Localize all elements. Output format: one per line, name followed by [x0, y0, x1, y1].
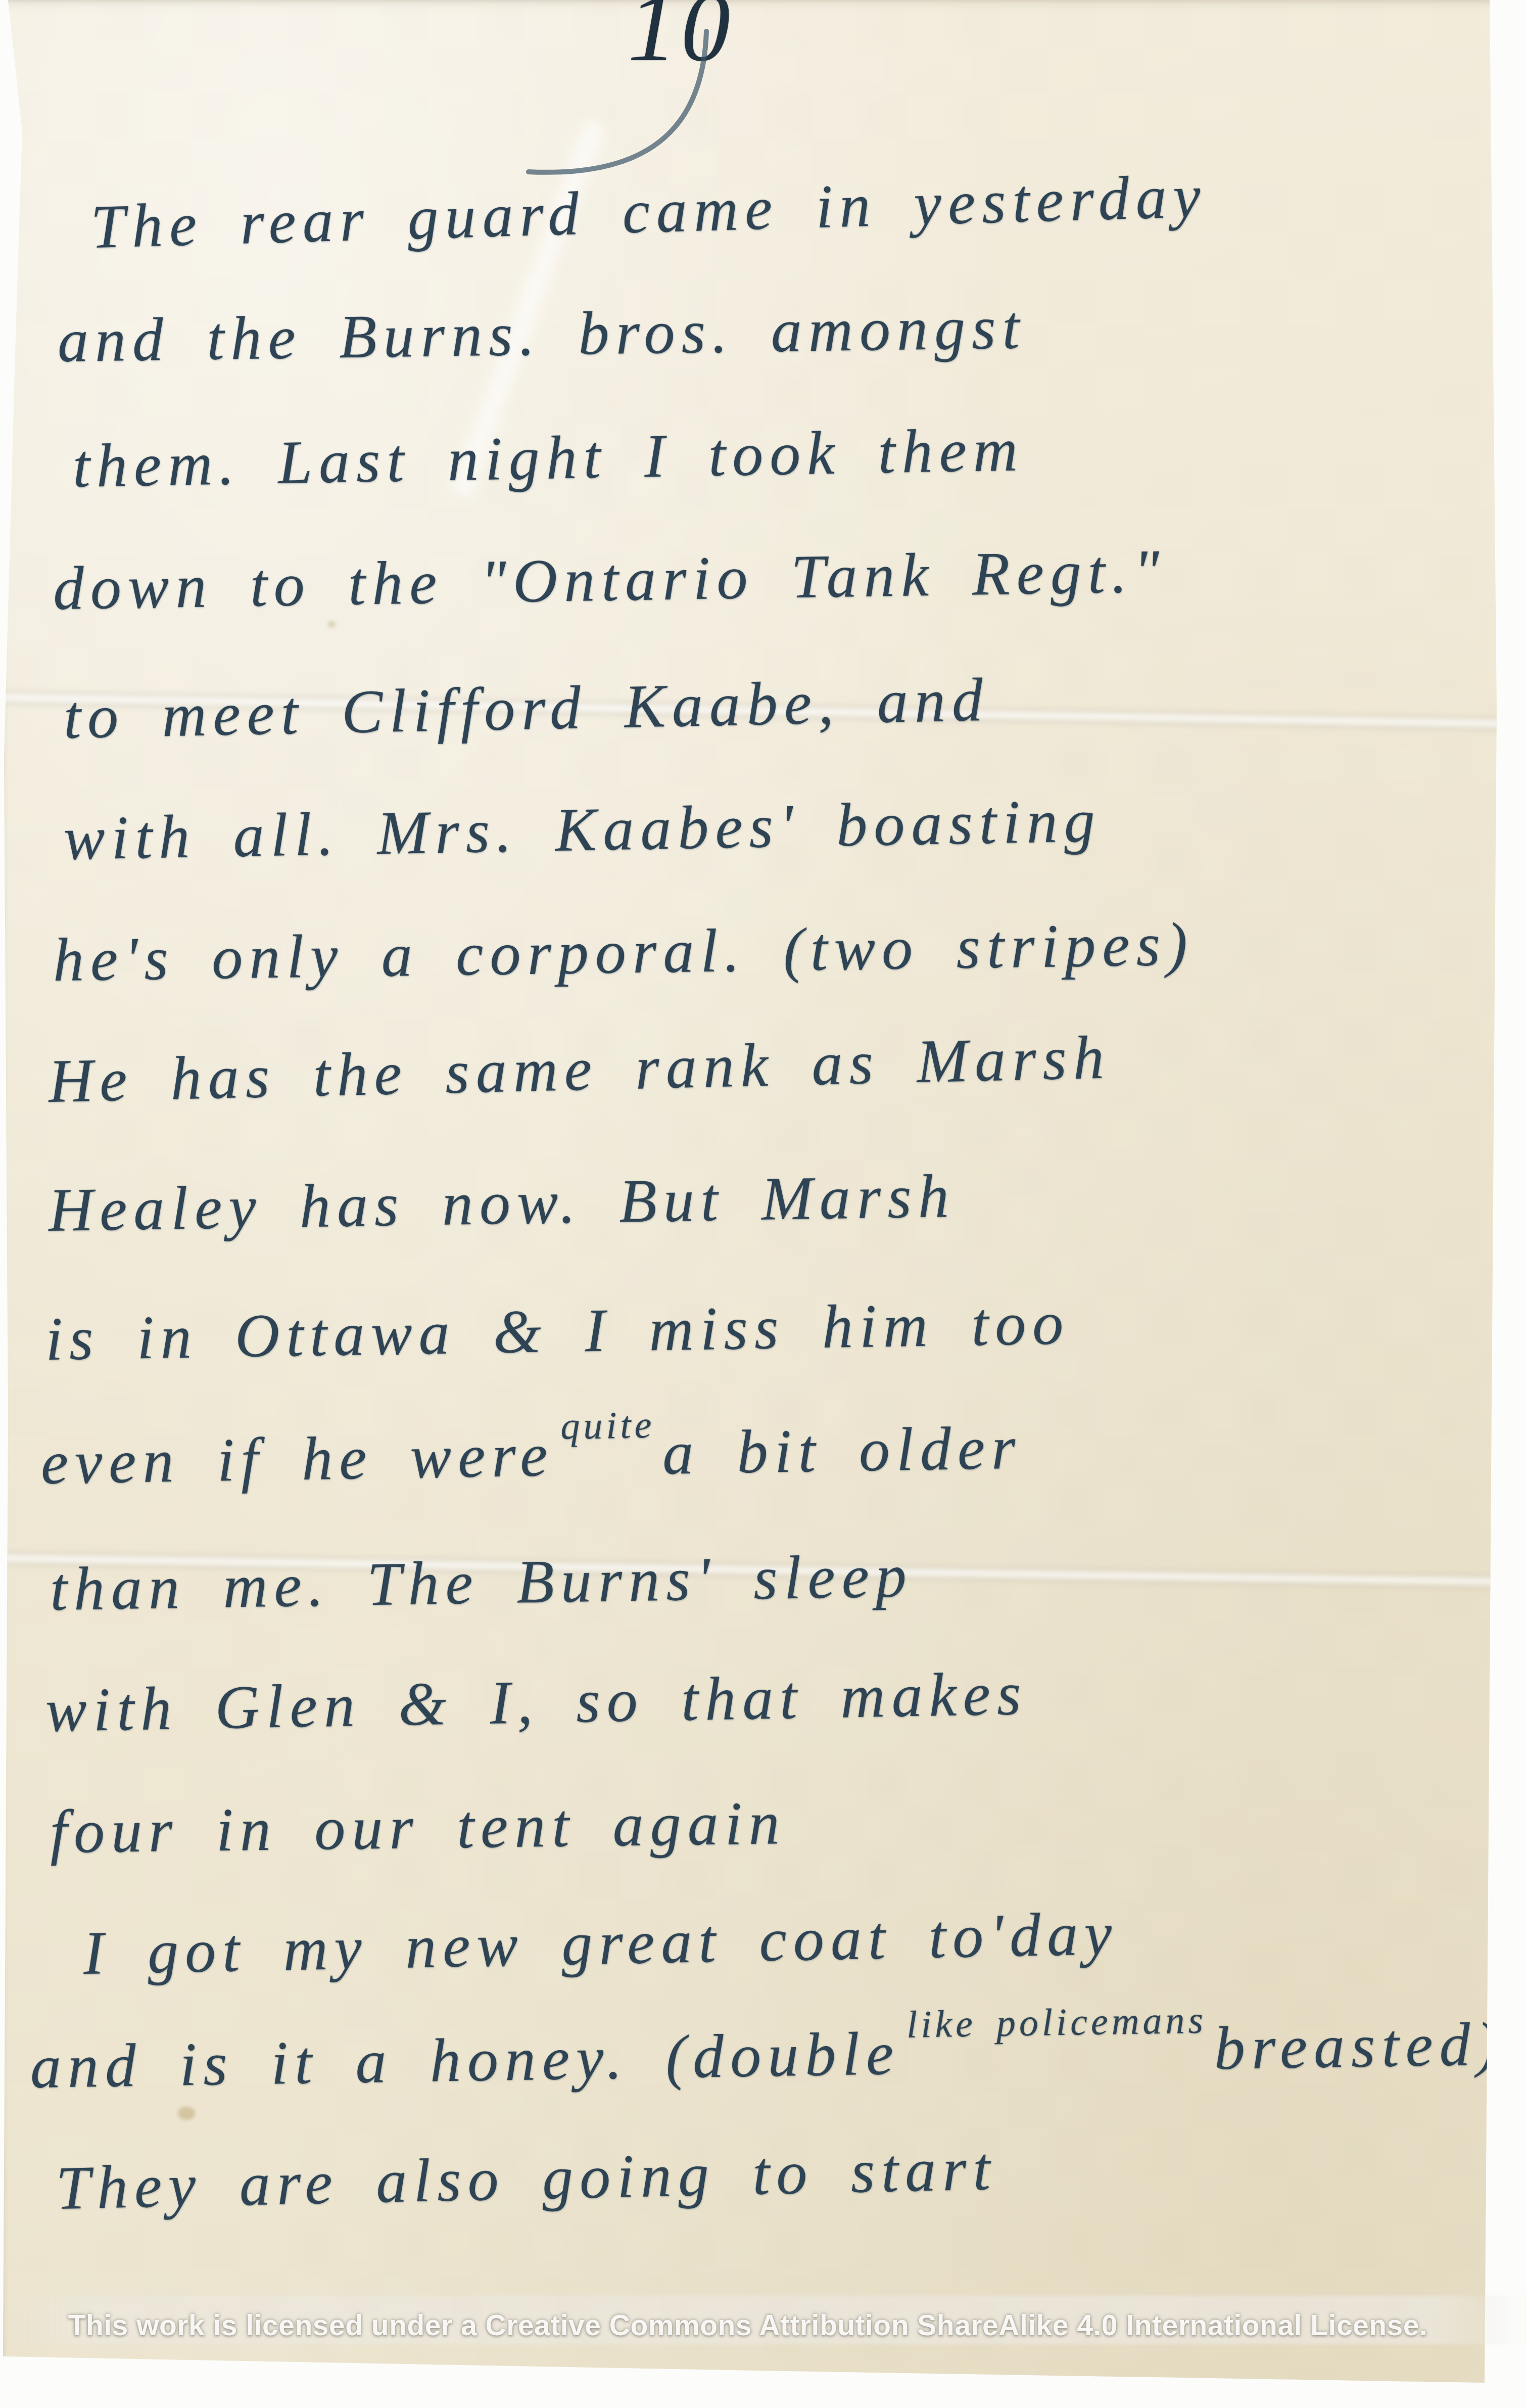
handwriting-line: I got my new great coat to'day: [83, 1896, 1119, 1992]
handwriting-text: a bit older: [662, 1414, 1022, 1488]
handwriting-text: than me. The Burns' sleep: [50, 1542, 914, 1624]
handwriting-line: with all. Mrs. Kaabes' boasting: [63, 783, 1102, 877]
handwriting-text: and is it a honey. (double: [30, 2019, 900, 2101]
handwriting-text: even if he were: [40, 1421, 555, 1497]
scanned-letter-page: { "document": { "page_number": "10", "li…: [0, 0, 1527, 2408]
handwriting-line: and the Burns. bros. amongst: [57, 290, 1026, 379]
handwriting-text: breasted): [1214, 2010, 1504, 2082]
handwriting-line: them. Last night I took them: [72, 412, 1025, 504]
letter-paper: 10 The rear guard came in yesterdayand t…: [0, 0, 1527, 2408]
handwriting-text: them. Last night I took them: [72, 415, 1025, 500]
handwriting-line: to meet Clifford Kaabe, and: [63, 662, 990, 756]
handwriting-text: with all. Mrs. Kaabes' boasting: [63, 786, 1102, 873]
handwriting-text: and the Burns. bros. amongst: [57, 293, 1026, 375]
handwriting-text: with Glen & I, so that makes: [45, 1659, 1028, 1745]
handwriting-line: four in our tent again: [50, 1785, 786, 1870]
inserted-word-above-line: quite: [560, 1387, 655, 1464]
handwriting-line: They are also going to start: [55, 2131, 997, 2227]
handwriting-text: he's only a corporal. (two stripes): [53, 910, 1194, 994]
handwriting-text: I got my new great coat to'day: [83, 1900, 1119, 1987]
handwriting-line: is in Ottawa & I miss him too: [45, 1285, 1071, 1377]
inserted-word-above-line: like policemans: [906, 1982, 1207, 2062]
handwriting-text: is in Ottawa & I miss him too: [45, 1289, 1070, 1373]
handwriting-line: He has the same rank as Marsh: [47, 1020, 1111, 1120]
handwriting-text: Healey has now. But Marsh: [48, 1162, 956, 1244]
handwriting-text: He has the same rank as Marsh: [47, 1023, 1111, 1116]
handwriting-line: than me. The Burns' sleep: [50, 1538, 914, 1628]
license-notice: This work is licensed under a Creative C…: [0, 2309, 1496, 2342]
handwriting-line: down to the "Ontario Tank Regt.": [53, 533, 1167, 627]
handwriting-line: Healey has now. But Marsh: [48, 1159, 956, 1248]
handwriting-line: with Glen & I, so that makes: [45, 1656, 1028, 1749]
handwriting-line: and is it a honey. (doublelike policeman…: [30, 2006, 1505, 2113]
handwriting-line: even if he werequitea bit older: [40, 1410, 1023, 1509]
handwriting-text: to meet Clifford Kaabe, and: [63, 666, 990, 752]
handwriting-line: he's only a corporal. (two stripes): [53, 906, 1195, 998]
handwriting-text: four in our tent again: [50, 1789, 786, 1866]
handwriting-text: down to the "Ontario Tank Regt.": [53, 537, 1166, 623]
handwriting-text: They are also going to start: [56, 2135, 997, 2222]
